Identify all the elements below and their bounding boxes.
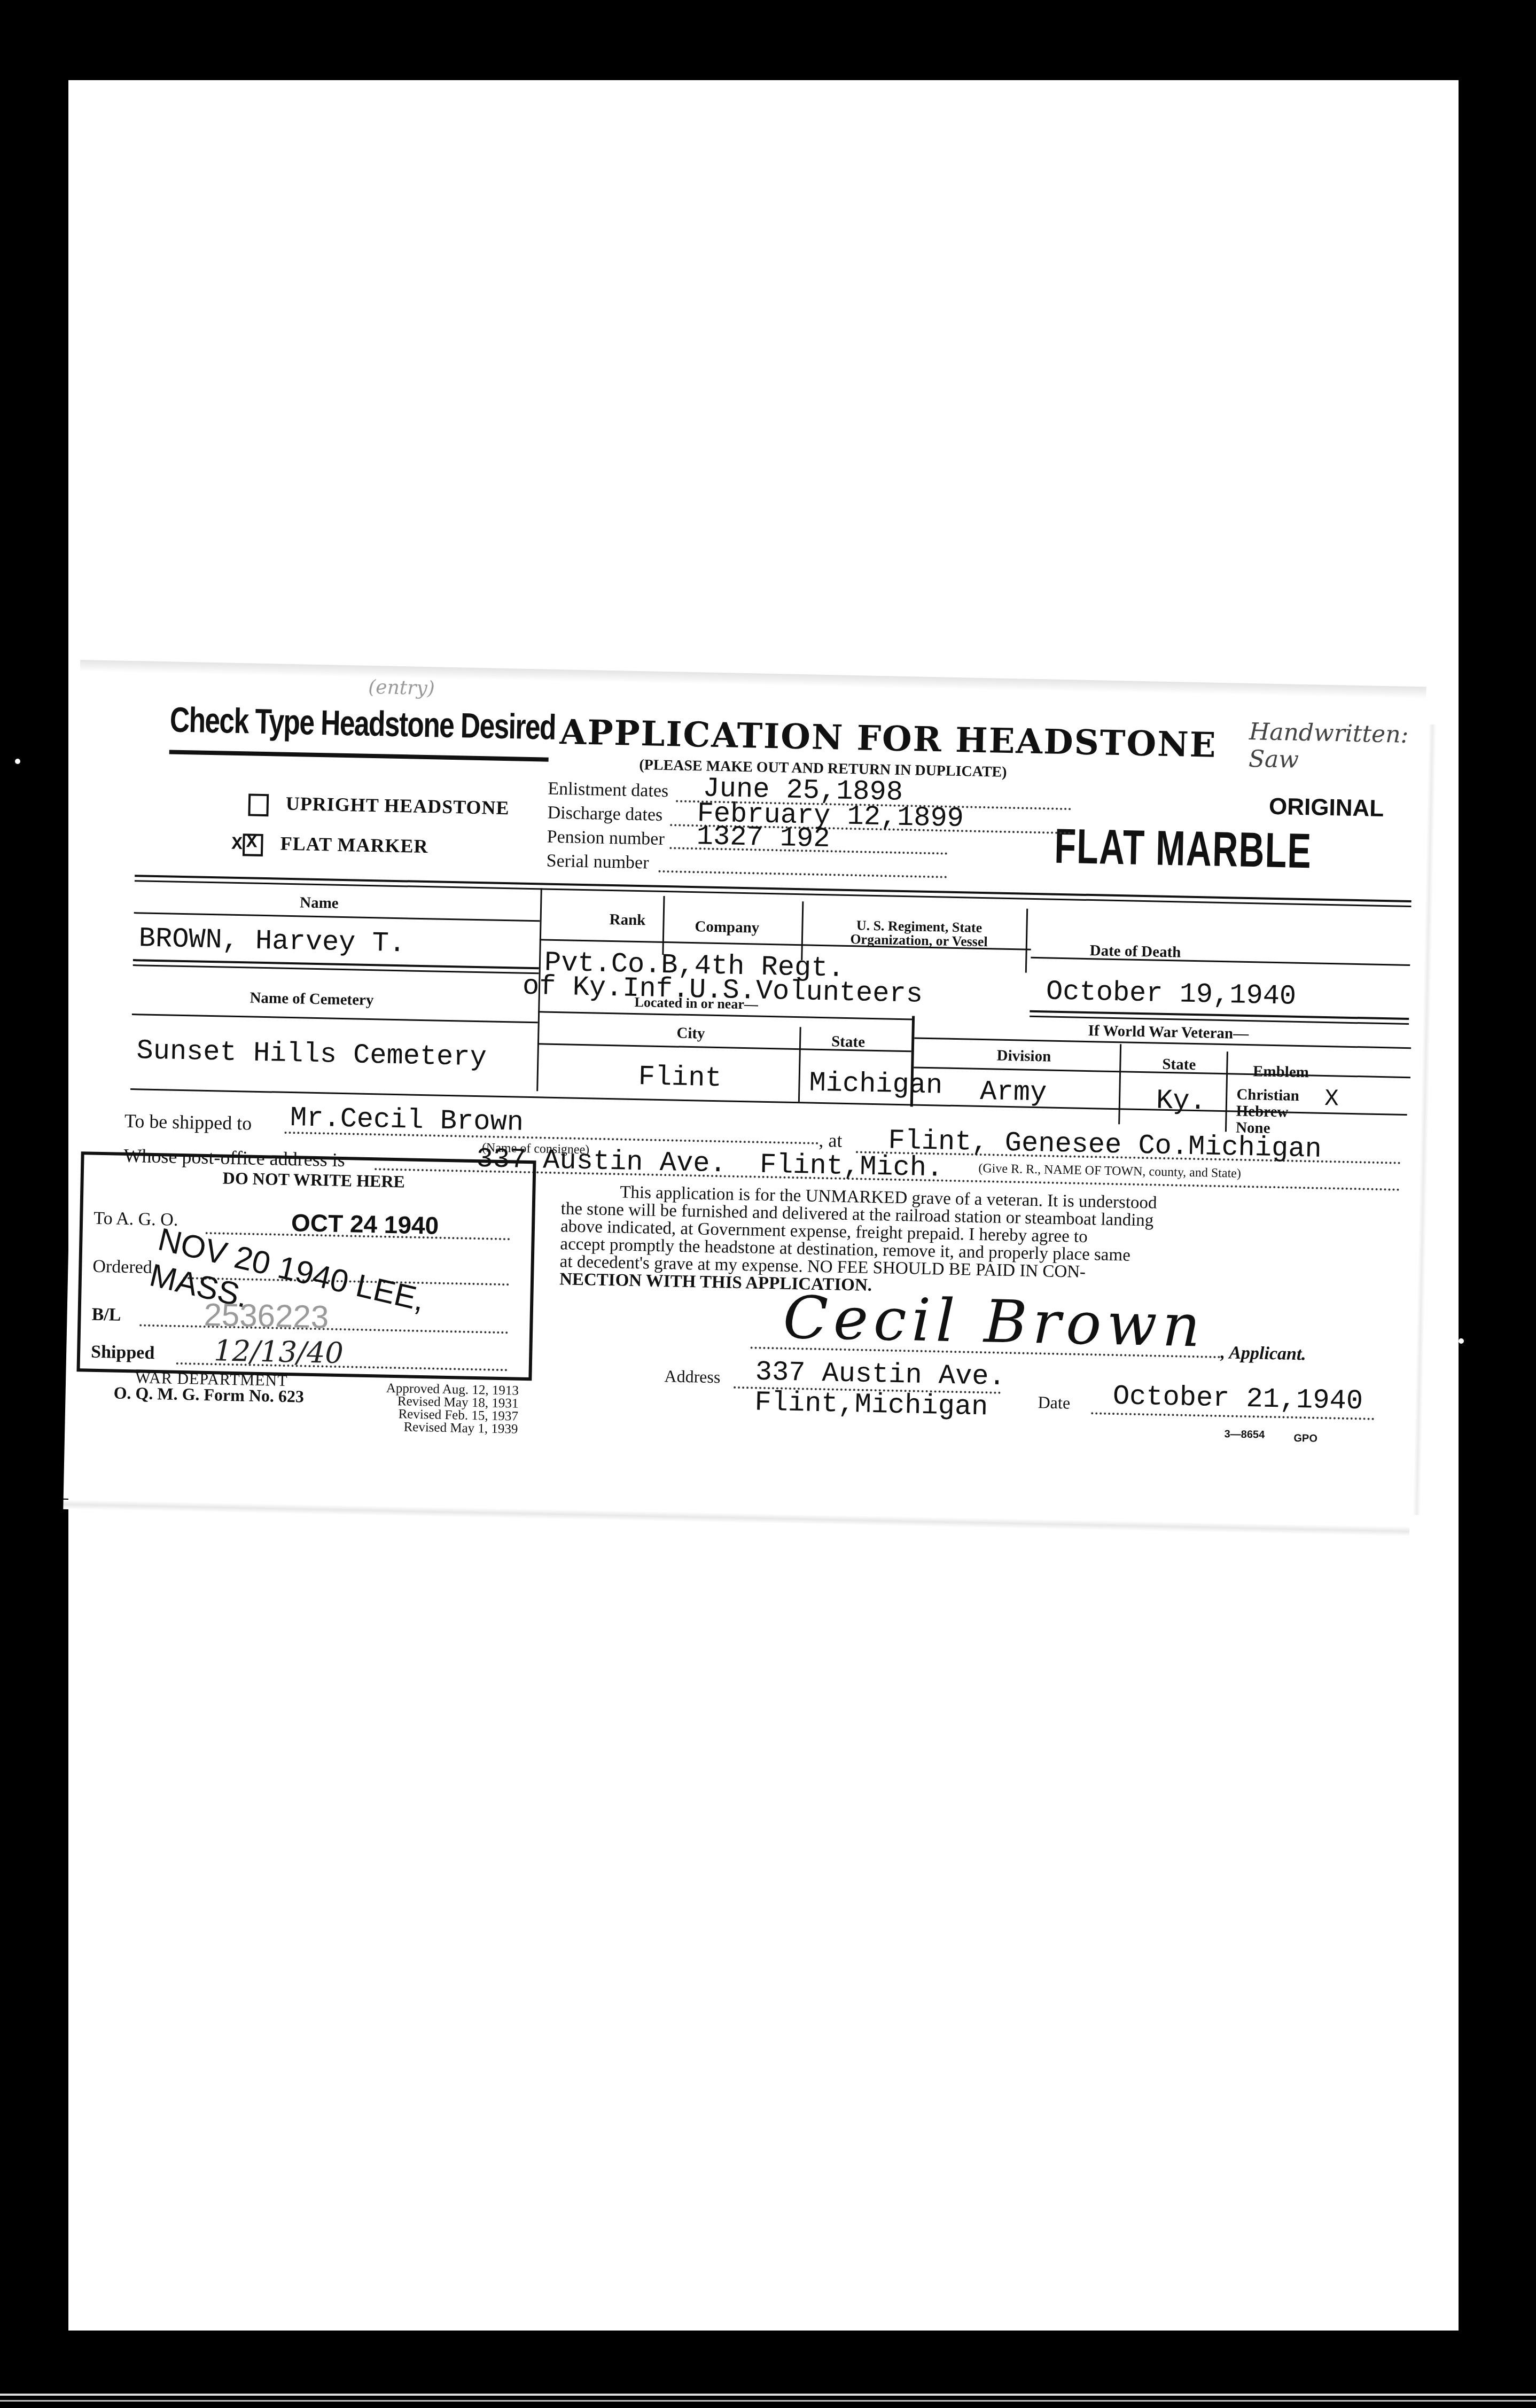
pension-label: Pension number — [547, 827, 665, 850]
ww-state-value: Ky. — [1156, 1085, 1206, 1118]
office-use-box: DO NOT WRITE HERE To A. G. O. OCT 24 194… — [76, 1151, 536, 1381]
shipped-to-label: To be shipped to — [124, 1110, 252, 1135]
shipped-date-handwritten: 12/13/40 — [214, 1334, 344, 1370]
header-name: Name — [300, 894, 339, 912]
destination-caption: (Give R. R., NAME OF TOWN, county, and S… — [978, 1162, 1241, 1181]
revision-history: Approved Aug. 12, 1913 Revised May 18, 1… — [385, 1382, 519, 1436]
header-division: Division — [996, 1047, 1051, 1066]
pencil-annotation: (entry) — [368, 676, 435, 699]
enlistment-label: Enlistment dates — [548, 779, 668, 802]
state-value: Michigan — [809, 1067, 943, 1102]
check-type-heading: Check Type Headstone Desired — [169, 699, 556, 747]
column-divider — [801, 901, 804, 960]
film-speck — [1459, 1338, 1464, 1344]
dotted-line — [658, 870, 947, 878]
discharge-label: Discharge dates — [547, 803, 662, 825]
bl-label: B/L — [91, 1305, 121, 1326]
form-number: O. Q. M. G. Form No. 623 — [113, 1383, 304, 1407]
name-value: BROWN, Harvey T. — [138, 923, 406, 960]
heading-underline — [169, 750, 549, 761]
pension-value: 1327 192 — [696, 821, 830, 855]
division-value: Army — [980, 1076, 1047, 1109]
option-flat-marker[interactable]: X FLAT MARKER — [231, 831, 428, 860]
film-edge-line — [0, 2394, 1536, 2396]
rule — [1031, 957, 1410, 966]
header-ww-state: State — [1162, 1056, 1196, 1074]
column-divider — [798, 1027, 801, 1102]
header-state: State — [831, 1033, 865, 1051]
typed-x-mark: X — [231, 835, 243, 855]
date-of-death-value: October 19,1940 — [1046, 976, 1297, 1012]
ago-stamp: OCT 24 1940 — [291, 1208, 439, 1240]
option-upright-headstone[interactable]: UPRIGHT HEADSTONE — [248, 791, 510, 821]
emblem-mark: X — [1324, 1086, 1339, 1113]
address-line2: Flint,Michigan — [754, 1387, 988, 1423]
rule — [133, 959, 539, 969]
column-divider — [662, 896, 665, 955]
rule — [134, 912, 540, 922]
copy-label: ORIGINAL — [1269, 793, 1384, 822]
printer-mark: GPO — [1293, 1432, 1317, 1445]
po-address-value: 337 Austin Ave. Flint,Mich. — [476, 1143, 944, 1184]
column-divider — [1118, 1044, 1121, 1124]
applicant-label: , Applicant. — [1220, 1343, 1306, 1365]
office-box-heading: DO NOT WRITE HERE — [222, 1168, 405, 1192]
header-located: Located in or near— — [634, 994, 758, 1013]
application-date: October 21,1940 — [1112, 1381, 1363, 1417]
address-label: Address — [664, 1366, 721, 1387]
header-company: Company — [695, 918, 759, 937]
option-label: FLAT MARKER — [280, 833, 428, 858]
city-value: Flint — [638, 1061, 722, 1094]
at-label: , at — [818, 1129, 843, 1152]
rule — [132, 1014, 538, 1023]
cemetery-value: Sunset Hills Cemetery — [136, 1035, 487, 1073]
revision-line: Revised May 1, 1939 — [385, 1421, 518, 1436]
header-rank: Rank — [609, 911, 645, 929]
handwritten-note: Handwritten: Saw — [1248, 718, 1431, 776]
rule — [1030, 1010, 1409, 1020]
emblem-christian: Christian — [1236, 1087, 1299, 1104]
header-cemetery: Name of Cemetery — [249, 989, 373, 1010]
print-code: 3—8654 — [1224, 1428, 1265, 1441]
option-label: UPRIGHT HEADSTONE — [285, 793, 509, 819]
ordered-label: Ordered — [92, 1257, 152, 1278]
headstone-application-card: Check Type Headstone Desired (entry) UPR… — [64, 665, 1432, 1525]
flat-marker-checkbox[interactable] — [243, 833, 263, 856]
upright-headstone-checkbox[interactable] — [248, 793, 269, 816]
film-edge-line — [0, 2400, 1536, 2402]
header-city: City — [676, 1025, 705, 1043]
consignee-value: Mr.Cecil Brown — [290, 1102, 524, 1139]
date-label: Date — [1038, 1392, 1070, 1413]
serial-label: Serial number — [546, 851, 649, 874]
column-divider — [1225, 1051, 1228, 1132]
shipped-label: Shipped — [91, 1342, 155, 1363]
type-stamp: FLAT MARBLE — [1054, 819, 1313, 880]
bl-number: 2536223 — [204, 1296, 329, 1336]
applicant-signature: Cecil Brown — [782, 1283, 1206, 1360]
column-divider — [1025, 909, 1028, 973]
film-speck — [15, 759, 20, 764]
header-emblem: Emblem — [1253, 1063, 1309, 1081]
header-ww-veteran: If World War Veteran— — [1088, 1022, 1249, 1043]
rule — [538, 1011, 912, 1020]
